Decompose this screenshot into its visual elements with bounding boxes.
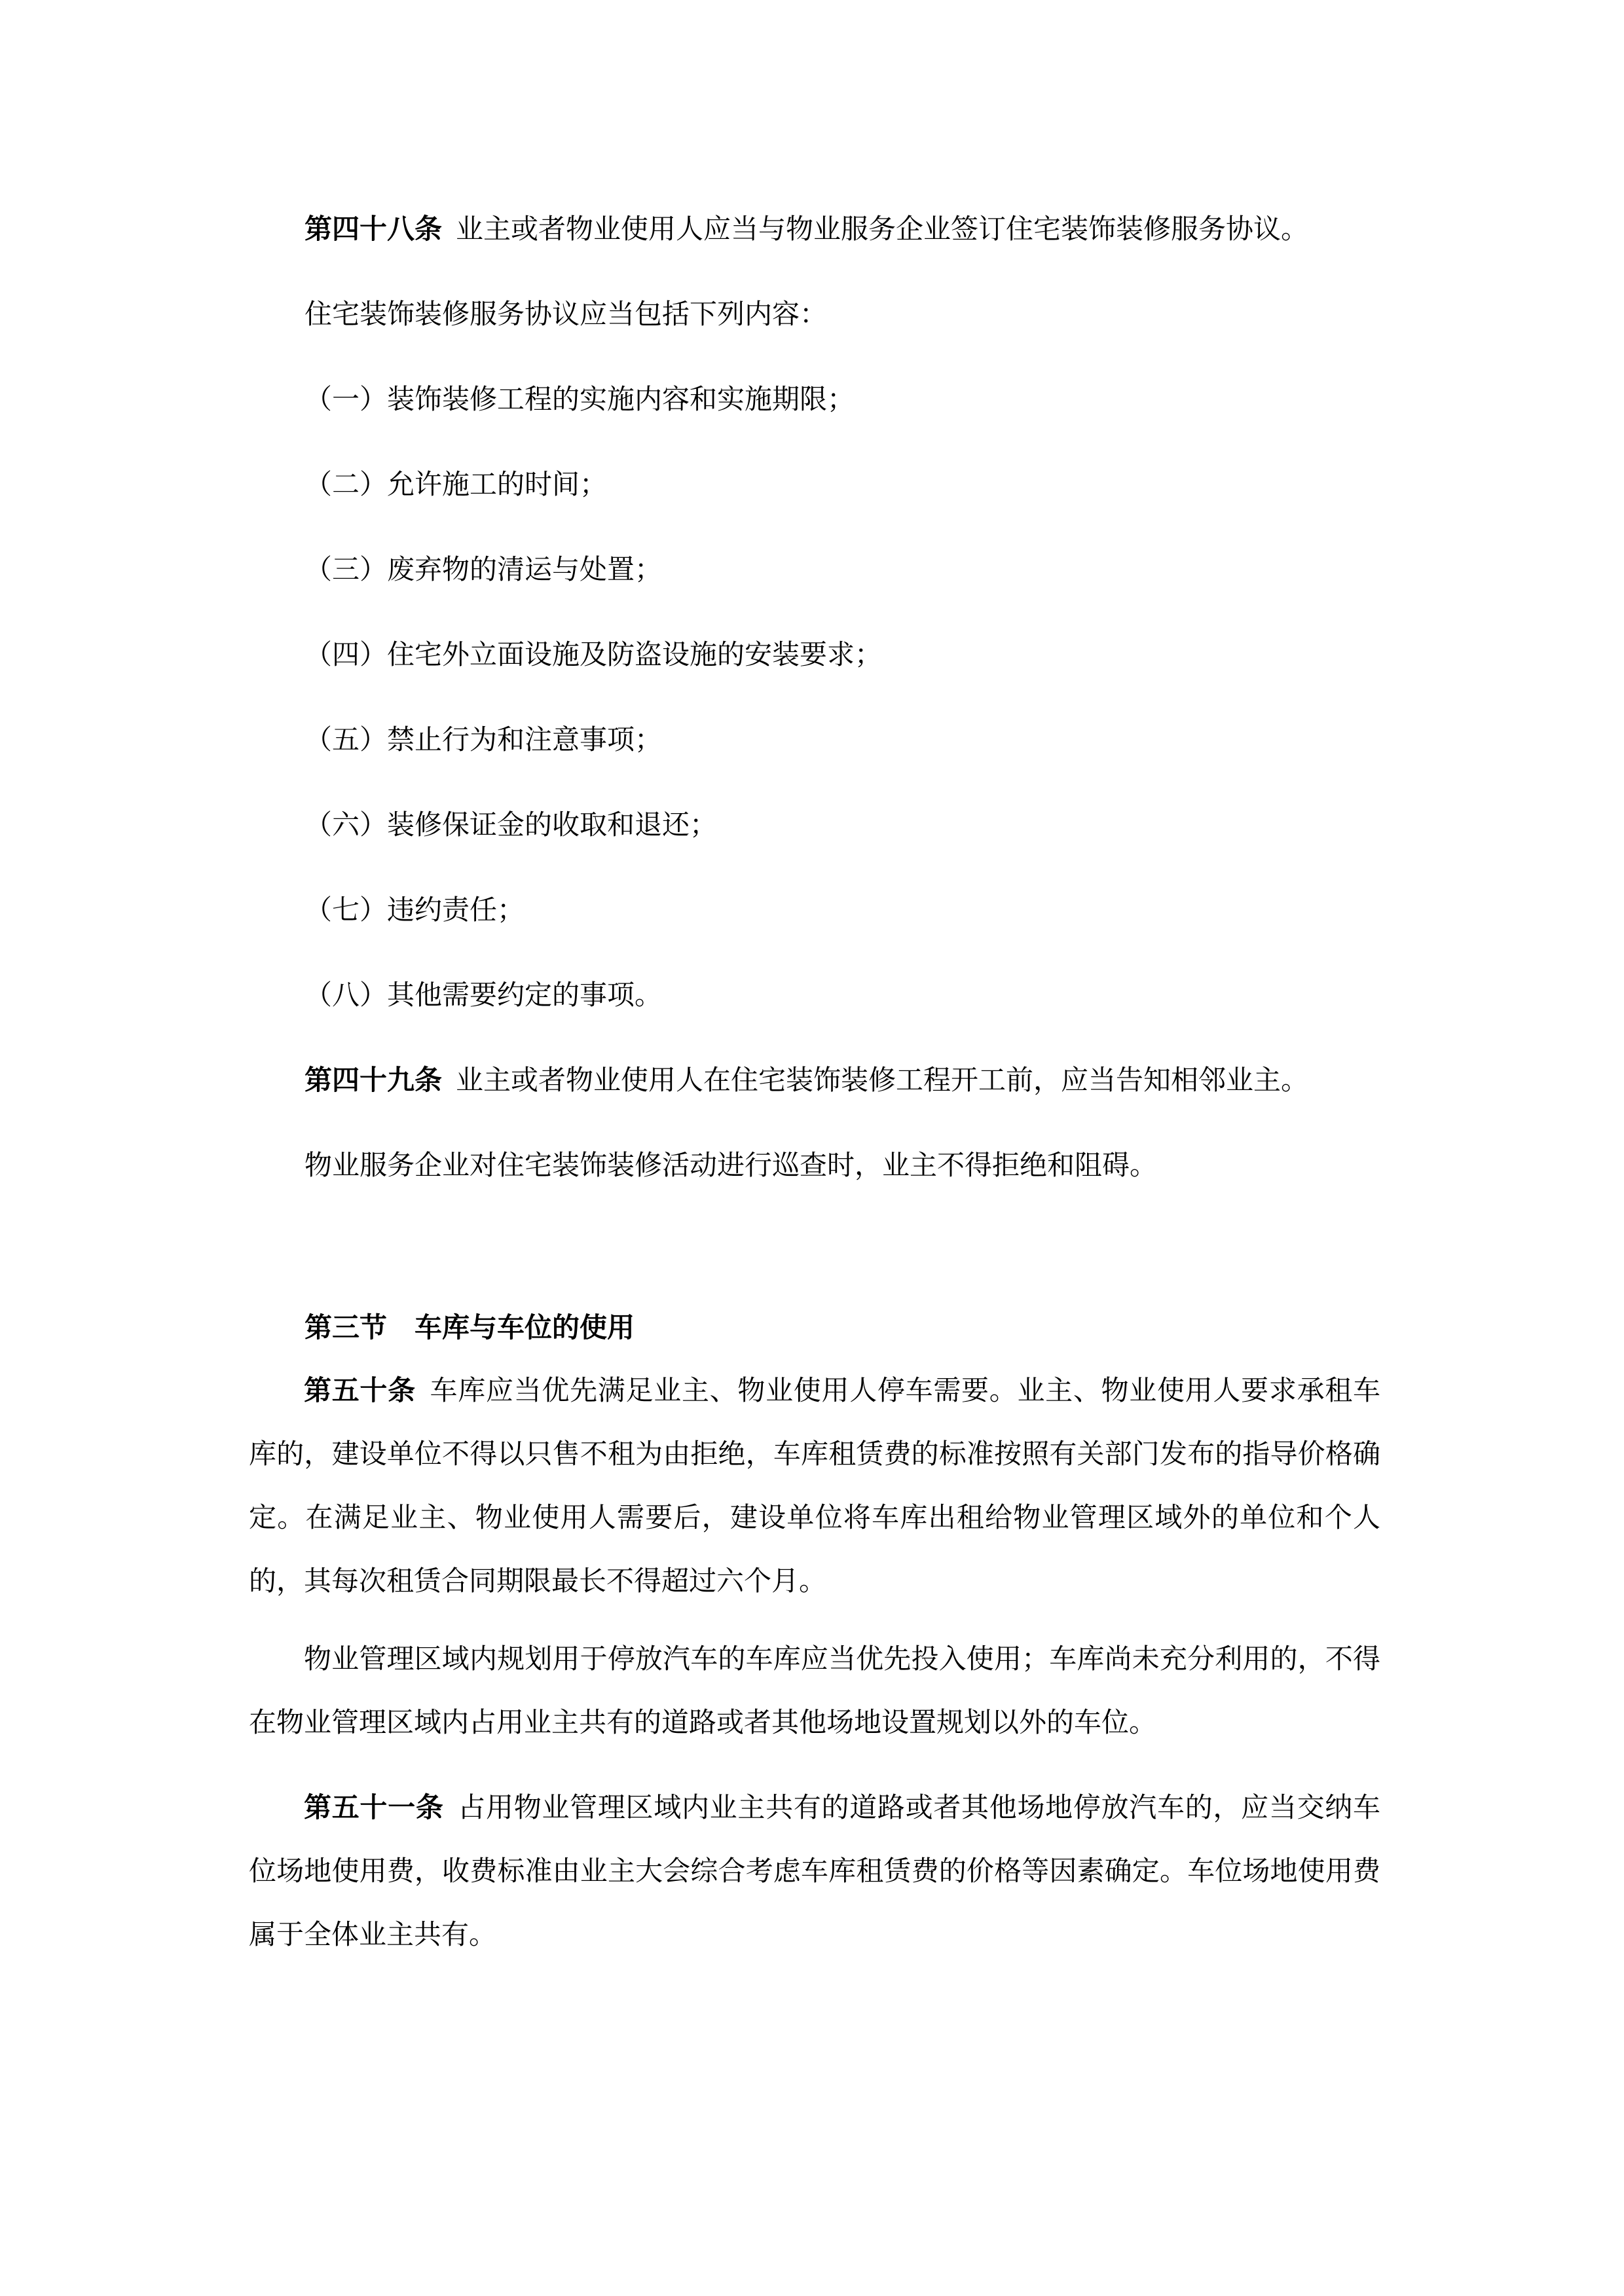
article-50-paragraph: 第五十条车库应当优先满足业主、物业使用人停车需要。业主、物业使用人要求承租车库的…	[249, 1358, 1380, 1613]
article-49-paragraph: 第四十九条业主或者物业使用人在住宅装饰装修工程开工前，应当告知相邻业主。	[304, 1064, 1308, 1097]
list-item: （五）禁止行为和注意事项；	[304, 723, 662, 756]
article-48-paragraph: 第四十八条业主或者物业使用人应当与物业服务企业签订住宅装饰装修服务协议。	[304, 213, 1308, 246]
article-50-para2: 物业管理区域内规划用于停放汽车的车库应当优先投入使用；车库尚未充分利用的，不得在…	[249, 1627, 1380, 1754]
section-title: 车库与车位的使用	[415, 1311, 635, 1343]
article-48-intro: 住宅装饰装修服务协议应当包括下列内容：	[304, 298, 827, 331]
article-51-paragraph: 第五十一条占用物业管理区域内业主共有的道路或者其他场地停放汽车的，应当交纳车位场…	[249, 1776, 1380, 1966]
list-item: （六）装修保证金的收取和退还；	[304, 809, 717, 841]
list-item: （四）住宅外立面设施及防盗设施的安装要求；	[304, 638, 882, 671]
article-49-para2: 物业服务企业对住宅装饰装修活动进行巡查时，业主不得拒绝和阻碍。	[304, 1149, 1157, 1182]
article-48-label: 第四十八条	[304, 213, 442, 245]
list-item: （三）废弃物的清运与处置；	[304, 553, 662, 586]
article-48-text: 业主或者物业使用人应当与物业服务企业签订住宅装饰装修服务协议。	[456, 213, 1308, 245]
article-50-text: 车库应当优先满足业主、物业使用人停车需要。业主、物业使用人要求承租车库的，建设单…	[249, 1374, 1380, 1597]
list-item: （七）违约责任；	[304, 894, 525, 926]
article-51-label: 第五十一条	[304, 1791, 444, 1823]
section-heading: 第三节车库与车位的使用	[304, 1311, 635, 1344]
article-50-label: 第五十条	[304, 1374, 416, 1406]
list-item: （一）装饰装修工程的实施内容和实施期限；	[304, 383, 855, 416]
article-49-label: 第四十九条	[304, 1064, 442, 1096]
list-item: （八）其他需要约定的事项。	[304, 979, 662, 1011]
document-page: 第四十八条业主或者物业使用人应当与物业服务企业签订住宅装饰装修服务协议。 住宅装…	[0, 0, 1624, 2296]
article-49-text: 业主或者物业使用人在住宅装饰装修工程开工前，应当告知相邻业主。	[456, 1064, 1308, 1096]
section-number: 第三节	[304, 1311, 387, 1343]
list-item: （二）允许施工的时间；	[304, 468, 607, 501]
